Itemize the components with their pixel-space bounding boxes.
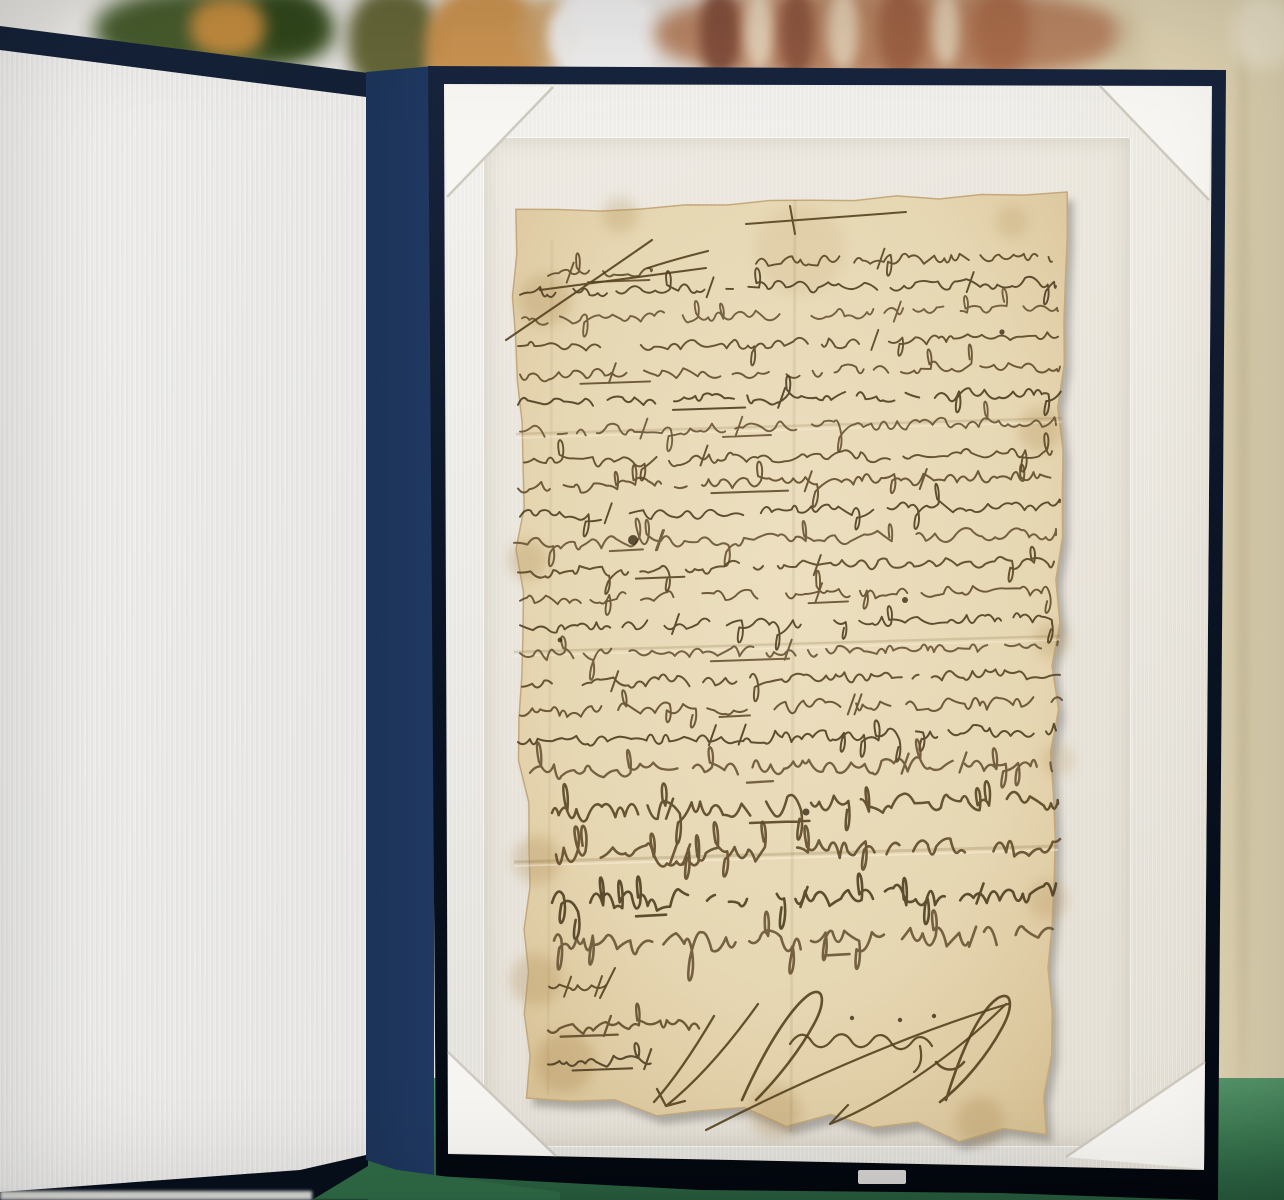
background-blob-drapery-stripe-3: [878, 0, 924, 76]
background-blob-orange-fruit: [190, 0, 265, 56]
background-blob-drapery-cream-3: [933, 0, 959, 66]
background-blob-drapery-cream-2: [828, 0, 858, 70]
mat-window-bevel: [484, 138, 1130, 1146]
background-blob-right-door-frame-line: [1238, 0, 1248, 1088]
background-blob-drapery-stripe-2: [780, 0, 814, 76]
table-front-edge-highlight: [0, 1191, 312, 1200]
background-blob-drapery-stripe-4: [972, 0, 1030, 74]
background-blob-top-right-cream-blob: [1232, 0, 1284, 68]
background-blob-drapery-stripe-1: [700, 0, 740, 76]
photo-of-manuscript-in-folder: [0, 0, 1284, 1200]
background-blob-drapery-cream-1: [745, 0, 773, 70]
